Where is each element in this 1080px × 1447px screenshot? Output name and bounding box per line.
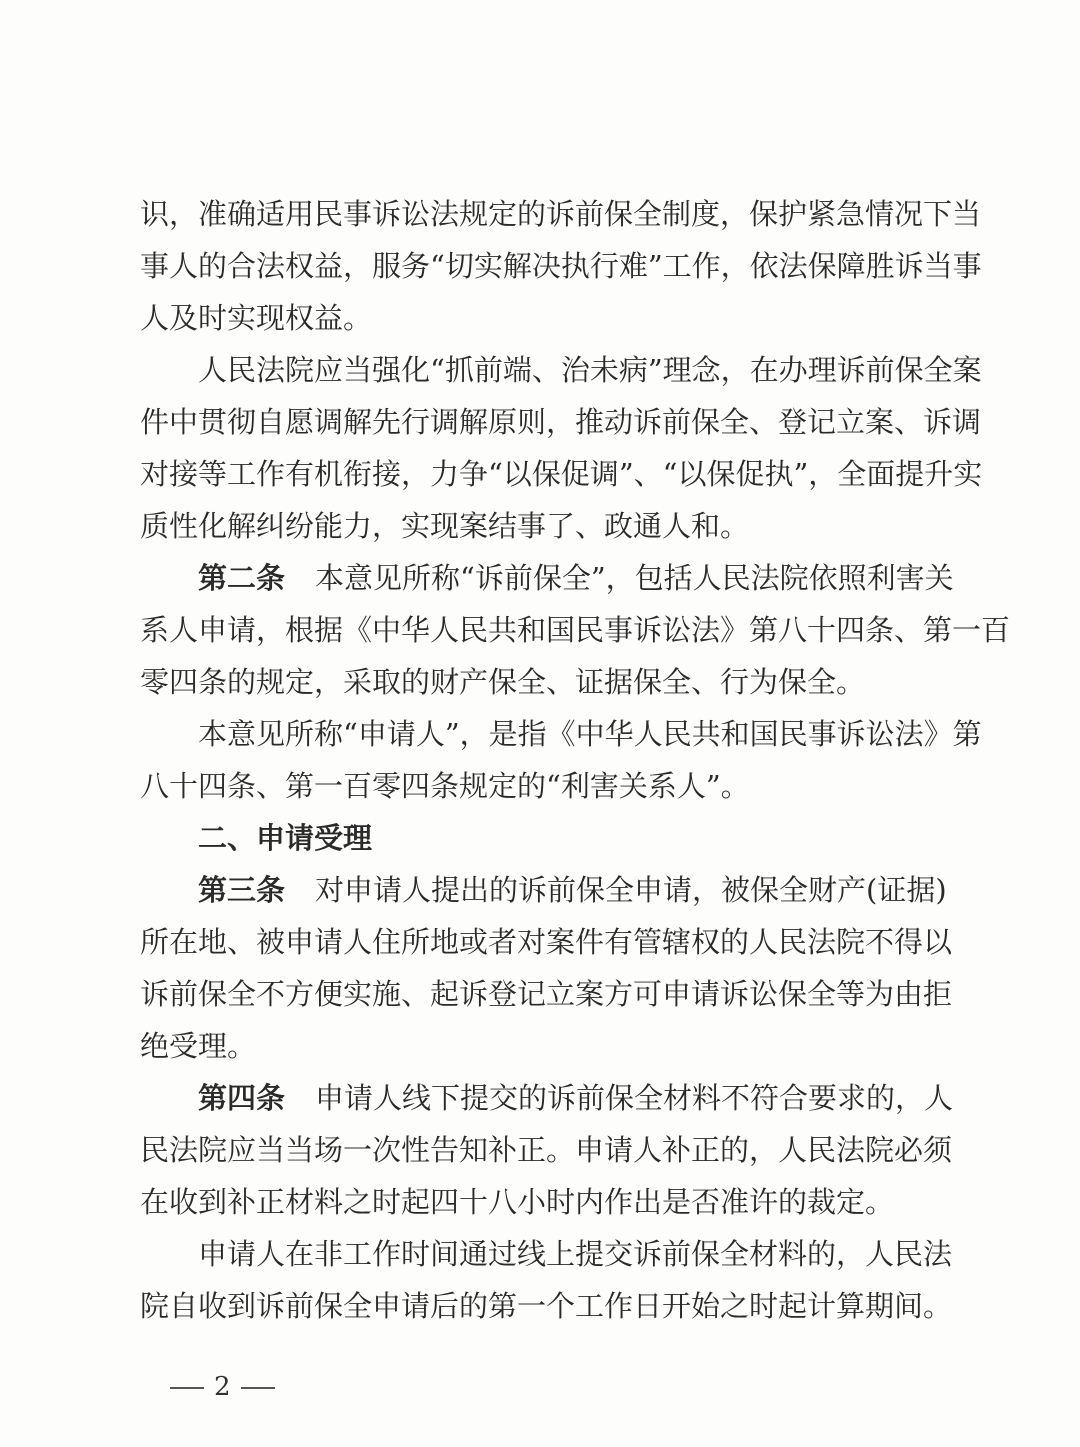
text-line: 质性化解纠纷能力，实现案结事了、政通人和。 — [140, 506, 940, 546]
text-line: 所在地、被申请人住所地或者对案件有管辖权的人民法院不得以 — [140, 922, 940, 962]
article-4-line: 第四条申请人线下提交的诉前保全材料不符合要求的，人 — [198, 1078, 940, 1118]
text-line: 八十四条、第一百零四条规定的“利害关系人”。 — [140, 766, 940, 806]
text-line: 诉前保全不方便实施、起诉登记立案方可申请诉讼保全等为由拒 — [140, 974, 940, 1014]
dash-left — [170, 1387, 204, 1389]
text-line: 在收到补正材料之时起四十八小时内作出是否准许的裁定。 — [140, 1182, 940, 1222]
text-line: 人及时实现权益。 — [140, 298, 940, 338]
article-3-line: 第三条对申请人提出的诉前保全申请，被保全财产(证据) — [198, 870, 940, 910]
text-line: 零四条的规定，采取的财产保全、证据保全、行为保全。 — [140, 662, 940, 702]
article-label: 第四条 — [198, 1081, 285, 1115]
text-line: 绝受理。 — [140, 1026, 940, 1066]
text-line: 识，准确适用民事诉讼法规定的诉前保全制度，保护紧急情况下当 — [140, 194, 940, 234]
dash-right — [241, 1387, 275, 1389]
text-line: 本意见所称“申请人”，是指《中华人民共和国民事诉讼法》第 — [198, 714, 940, 754]
article-text: 对申请人提出的诉前保全申请，被保全财产(证据) — [315, 873, 947, 907]
document-page: 识，准确适用民事诉讼法规定的诉前保全制度，保护紧急情况下当 事人的合法权益，服务… — [0, 0, 1080, 1447]
text-line: 事人的合法权益，服务“切实解决执行难”工作，依法保障胜诉当事 — [140, 246, 940, 286]
text-line: 件中贯彻自愿调解先行调解原则，推动诉前保全、登记立案、诉调 — [140, 402, 940, 442]
text-line: 申请人在非工作时间通过线上提交诉前保全材料的，人民法 — [198, 1234, 940, 1274]
text-line: 人民法院应当强化“抓前端、治未病”理念，在办理诉前保全案 — [198, 350, 940, 390]
article-label: 第三条 — [198, 873, 285, 907]
section-heading: 二、申请受理 — [198, 818, 940, 858]
article-label: 第二条 — [198, 561, 285, 595]
text-line: 民法院应当当场一次性告知补正。申请人补正的，人民法院必须 — [140, 1130, 940, 1170]
page-number: 2 — [160, 1372, 285, 1402]
article-text: 本意见所称“诉前保全”，包括人民法院依照利害关 — [315, 561, 954, 595]
text-line: 院自收到诉前保全申请后的第一个工作日开始之时起计算期间。 — [140, 1286, 940, 1326]
article-text: 申请人线下提交的诉前保全材料不符合要求的，人 — [315, 1081, 953, 1115]
text-line: 系人申请，根据《中华人民共和国民事诉讼法》第八十四条、第一百 — [140, 610, 940, 650]
page-number-value: 2 — [214, 1372, 231, 1402]
text-line: 对接等工作有机衔接，力争“以保促调”、“以保促执”，全面提升实 — [140, 454, 940, 494]
article-2-line: 第二条本意见所称“诉前保全”，包括人民法院依照利害关 — [198, 558, 940, 598]
